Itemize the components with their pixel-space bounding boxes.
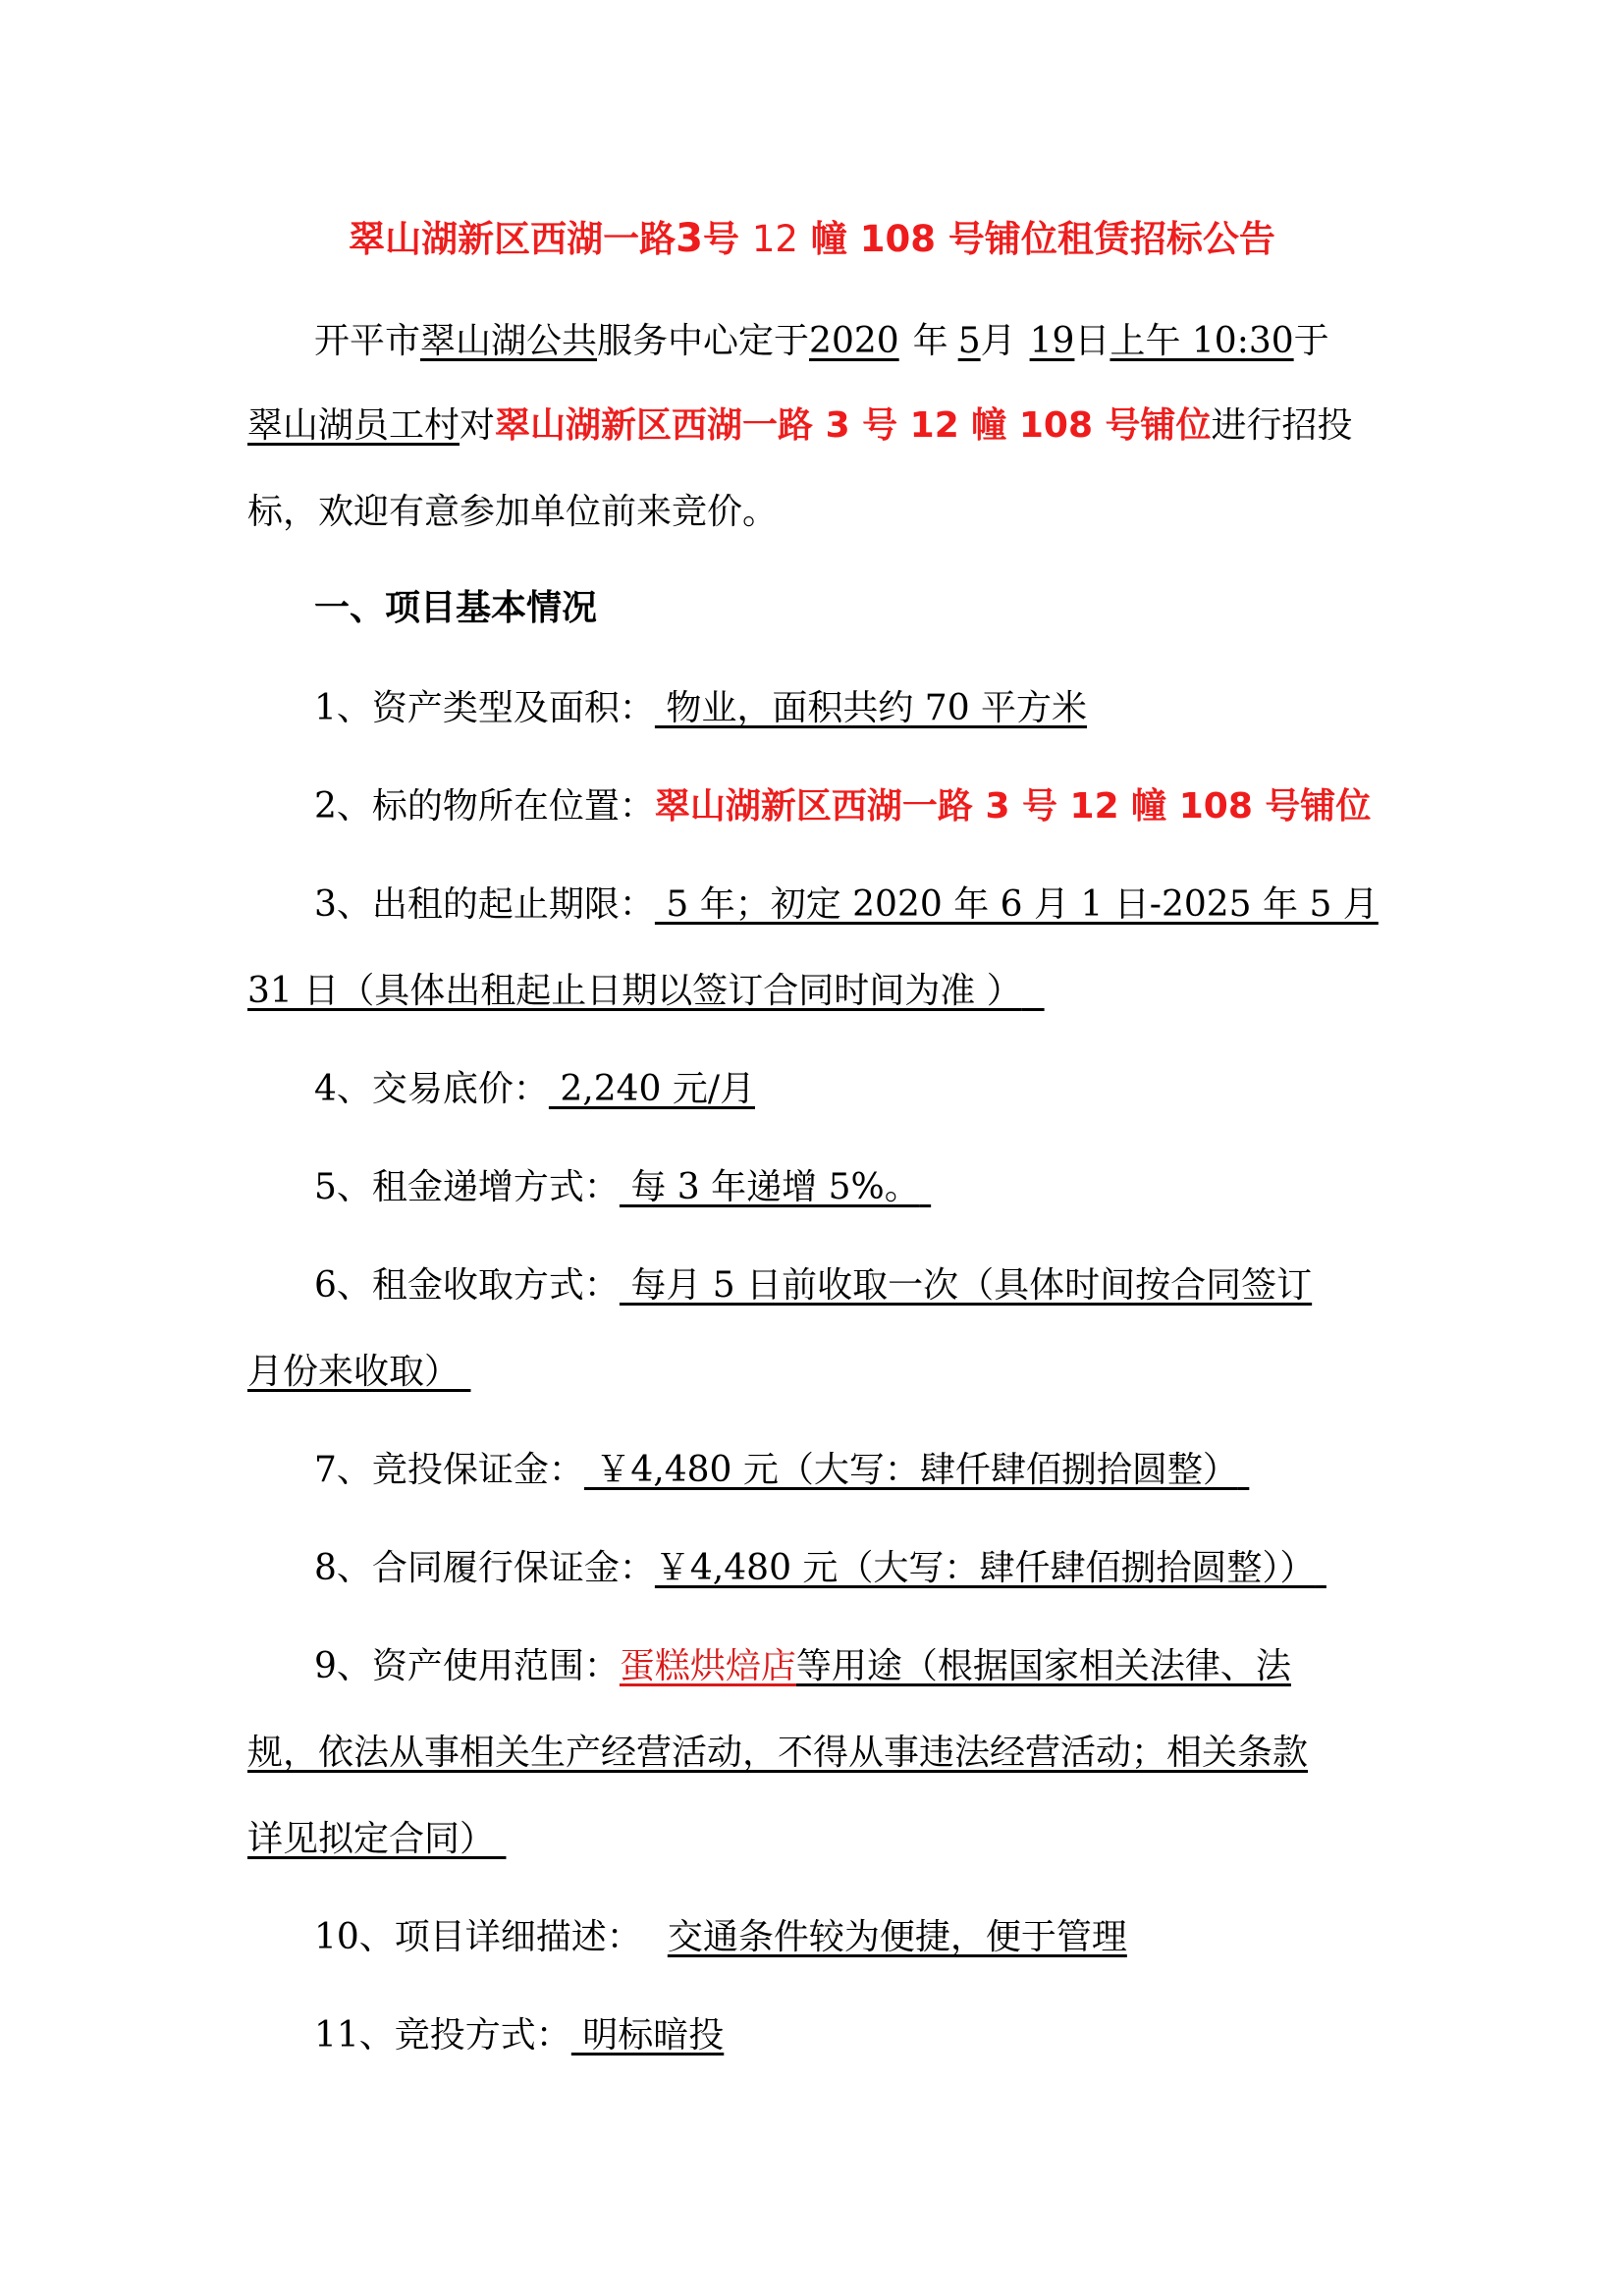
intro-text: 开平市 xyxy=(314,321,420,361)
item-value: 明标暗投 xyxy=(571,2015,724,2056)
item-value-continued: 月份来收取） xyxy=(247,1352,460,1392)
section-heading-text: 一、项目基本情况 xyxy=(314,588,597,628)
item-label: 9、资产使用范围： xyxy=(314,1646,620,1686)
item-label: 1、资产类型及面积： xyxy=(314,688,655,728)
item-7: 7、竞投保证金： ￥4,480 元（大写：肆仟肆佰捌拾圆整） xyxy=(314,1447,1249,1494)
title-number: 3 xyxy=(676,216,703,261)
intro-text: 日 xyxy=(1074,321,1110,361)
item-value: ￥4,480 元（大写：肆仟肆佰捌拾圆整） xyxy=(584,1450,1238,1490)
item-value: 每月 5 日前收取一次（具体时间按合同签订 xyxy=(620,1265,1312,1306)
item-label: 3、出租的起止期限： xyxy=(314,884,655,925)
intro-line-1: 开平市翠山湖公共服务中心定于2020年5月19日上午 10:30于 xyxy=(314,318,1329,365)
item-label: 8、合同履行保证金： xyxy=(314,1548,655,1588)
intro-text: 进行招投 xyxy=(1212,405,1353,446)
organizer-name: 翠山湖公共 xyxy=(420,321,597,361)
document-page: 翠山湖新区西湖一路3号 12 幢 108 号铺位租赁招标公告 开平市翠山湖公共服… xyxy=(0,0,1624,2296)
item-value: 5 年；初定 2020 年 6 月 1 日-2025 年 5 月 xyxy=(655,884,1379,925)
item-value-continued: 31 日（具体出租起止日期以签订合同时间为准 ） xyxy=(247,971,1022,1011)
item-3: 3、出租的起止期限： 5 年；初定 2020 年 6 月 1 日-2025 年 … xyxy=(314,881,1379,929)
bid-year: 2020 xyxy=(809,321,899,361)
item-label: 11、竞投方式： xyxy=(314,2015,571,2056)
intro-text: 标，欢迎有意参加单位前来竞价。 xyxy=(247,492,778,532)
intro-text: 年 xyxy=(913,321,948,361)
item-6: 6、租金收取方式： 每月 5 日前收取一次（具体时间按合同签订 xyxy=(314,1262,1312,1309)
item-10: 10、项目详细描述：交通条件较为便捷，便于管理 xyxy=(314,1914,1127,1961)
item-9-continued: 规，依法从事相关生产经营活动，不得从事违法经营活动；相关条款 xyxy=(247,1730,1308,1777)
item-value-usage: 蛋糕烘焙店 xyxy=(620,1646,796,1686)
item-label: 10、项目详细描述： xyxy=(314,1917,642,1957)
title-text: 号铺位租赁招标公告 xyxy=(948,218,1275,260)
section-heading: 一、项目基本情况 xyxy=(314,585,597,632)
item-value: 物业，面积共约 70 平方米 xyxy=(655,688,1087,728)
bid-day: 19 xyxy=(1016,321,1075,361)
item-value: 2,240 元/月 xyxy=(549,1069,755,1109)
item-label: 7、竞投保证金： xyxy=(314,1450,584,1490)
item-9: 9、资产使用范围：蛋糕烘焙店等用途（根据国家相关法律、法 xyxy=(314,1643,1291,1690)
item-label: 5、租金递增方式： xyxy=(314,1167,620,1207)
intro-line-3: 标，欢迎有意参加单位前来竞价。 xyxy=(247,489,778,536)
item-5: 5、租金递增方式： 每 3 年递增 5%。 xyxy=(314,1164,931,1211)
item-11: 11、竞投方式： 明标暗投 xyxy=(314,2012,724,2059)
item-value: 每 3 年递增 5%。 xyxy=(620,1167,920,1207)
item-value: 交通条件较为便捷，便于管理 xyxy=(668,1917,1127,1957)
item-9-continued-2: 详见拟定合同） xyxy=(247,1816,506,1863)
item-value: ￥4,480 元（大写：肆仟肆佰捌拾圆整）） xyxy=(655,1548,1316,1588)
bid-time: 上午 10:30 xyxy=(1110,321,1293,361)
bid-month: 5 xyxy=(948,321,981,361)
title-text: 幢 xyxy=(811,218,847,260)
document-title: 翠山湖新区西湖一路3号 12 幢 108 号铺位租赁招标公告 xyxy=(0,214,1624,264)
item-value-continued: 规，依法从事相关生产经营活动，不得从事违法经营活动；相关条款 xyxy=(247,1733,1308,1773)
item-label: 4、交易底价： xyxy=(314,1069,549,1109)
intro-text: 月 xyxy=(981,321,1016,361)
title-text: 号 xyxy=(703,218,739,260)
item-label: 2、标的物所在位置： xyxy=(314,786,655,827)
item-1: 1、资产类型及面积： 物业，面积共约 70 平方米 xyxy=(314,685,1087,732)
item-2: 2、标的物所在位置：翠山湖新区西湖一路 3 号 12 幢 108 号铺位 xyxy=(314,783,1371,830)
item-label: 6、租金收取方式： xyxy=(314,1265,620,1306)
target-property: 翠山湖新区西湖一路 3 号 12 幢 108 号铺位 xyxy=(495,405,1212,446)
item-8: 8、合同履行保证金：￥4,480 元（大写：肆仟肆佰捌拾圆整）） xyxy=(314,1545,1326,1592)
item-value-continued: 详见拟定合同） xyxy=(247,1819,495,1859)
intro-text: 服务中心定于 xyxy=(597,321,809,361)
intro-text: 对 xyxy=(460,405,495,446)
title-number: 12 xyxy=(752,218,798,260)
title-text: 翠山湖新区西湖一路 xyxy=(349,218,676,260)
item-4: 4、交易底价： 2,240 元/月 xyxy=(314,1066,755,1113)
item-value: 等用途（根据国家相关法律、法 xyxy=(796,1646,1291,1686)
intro-text: 于 xyxy=(1294,321,1329,361)
intro-line-2: 翠山湖员工村对翠山湖新区西湖一路 3 号 12 幢 108 号铺位进行招投 xyxy=(247,402,1353,450)
item-value-location: 翠山湖新区西湖一路 3 号 12 幢 108 号铺位 xyxy=(655,786,1372,827)
item-6-continued: 月份来收取） xyxy=(247,1349,470,1396)
item-3-continued: 31 日（具体出租起止日期以签订合同时间为准 ） xyxy=(247,968,1045,1015)
title-number: 108 xyxy=(860,218,936,260)
venue-name: 翠山湖员工村 xyxy=(247,405,460,446)
